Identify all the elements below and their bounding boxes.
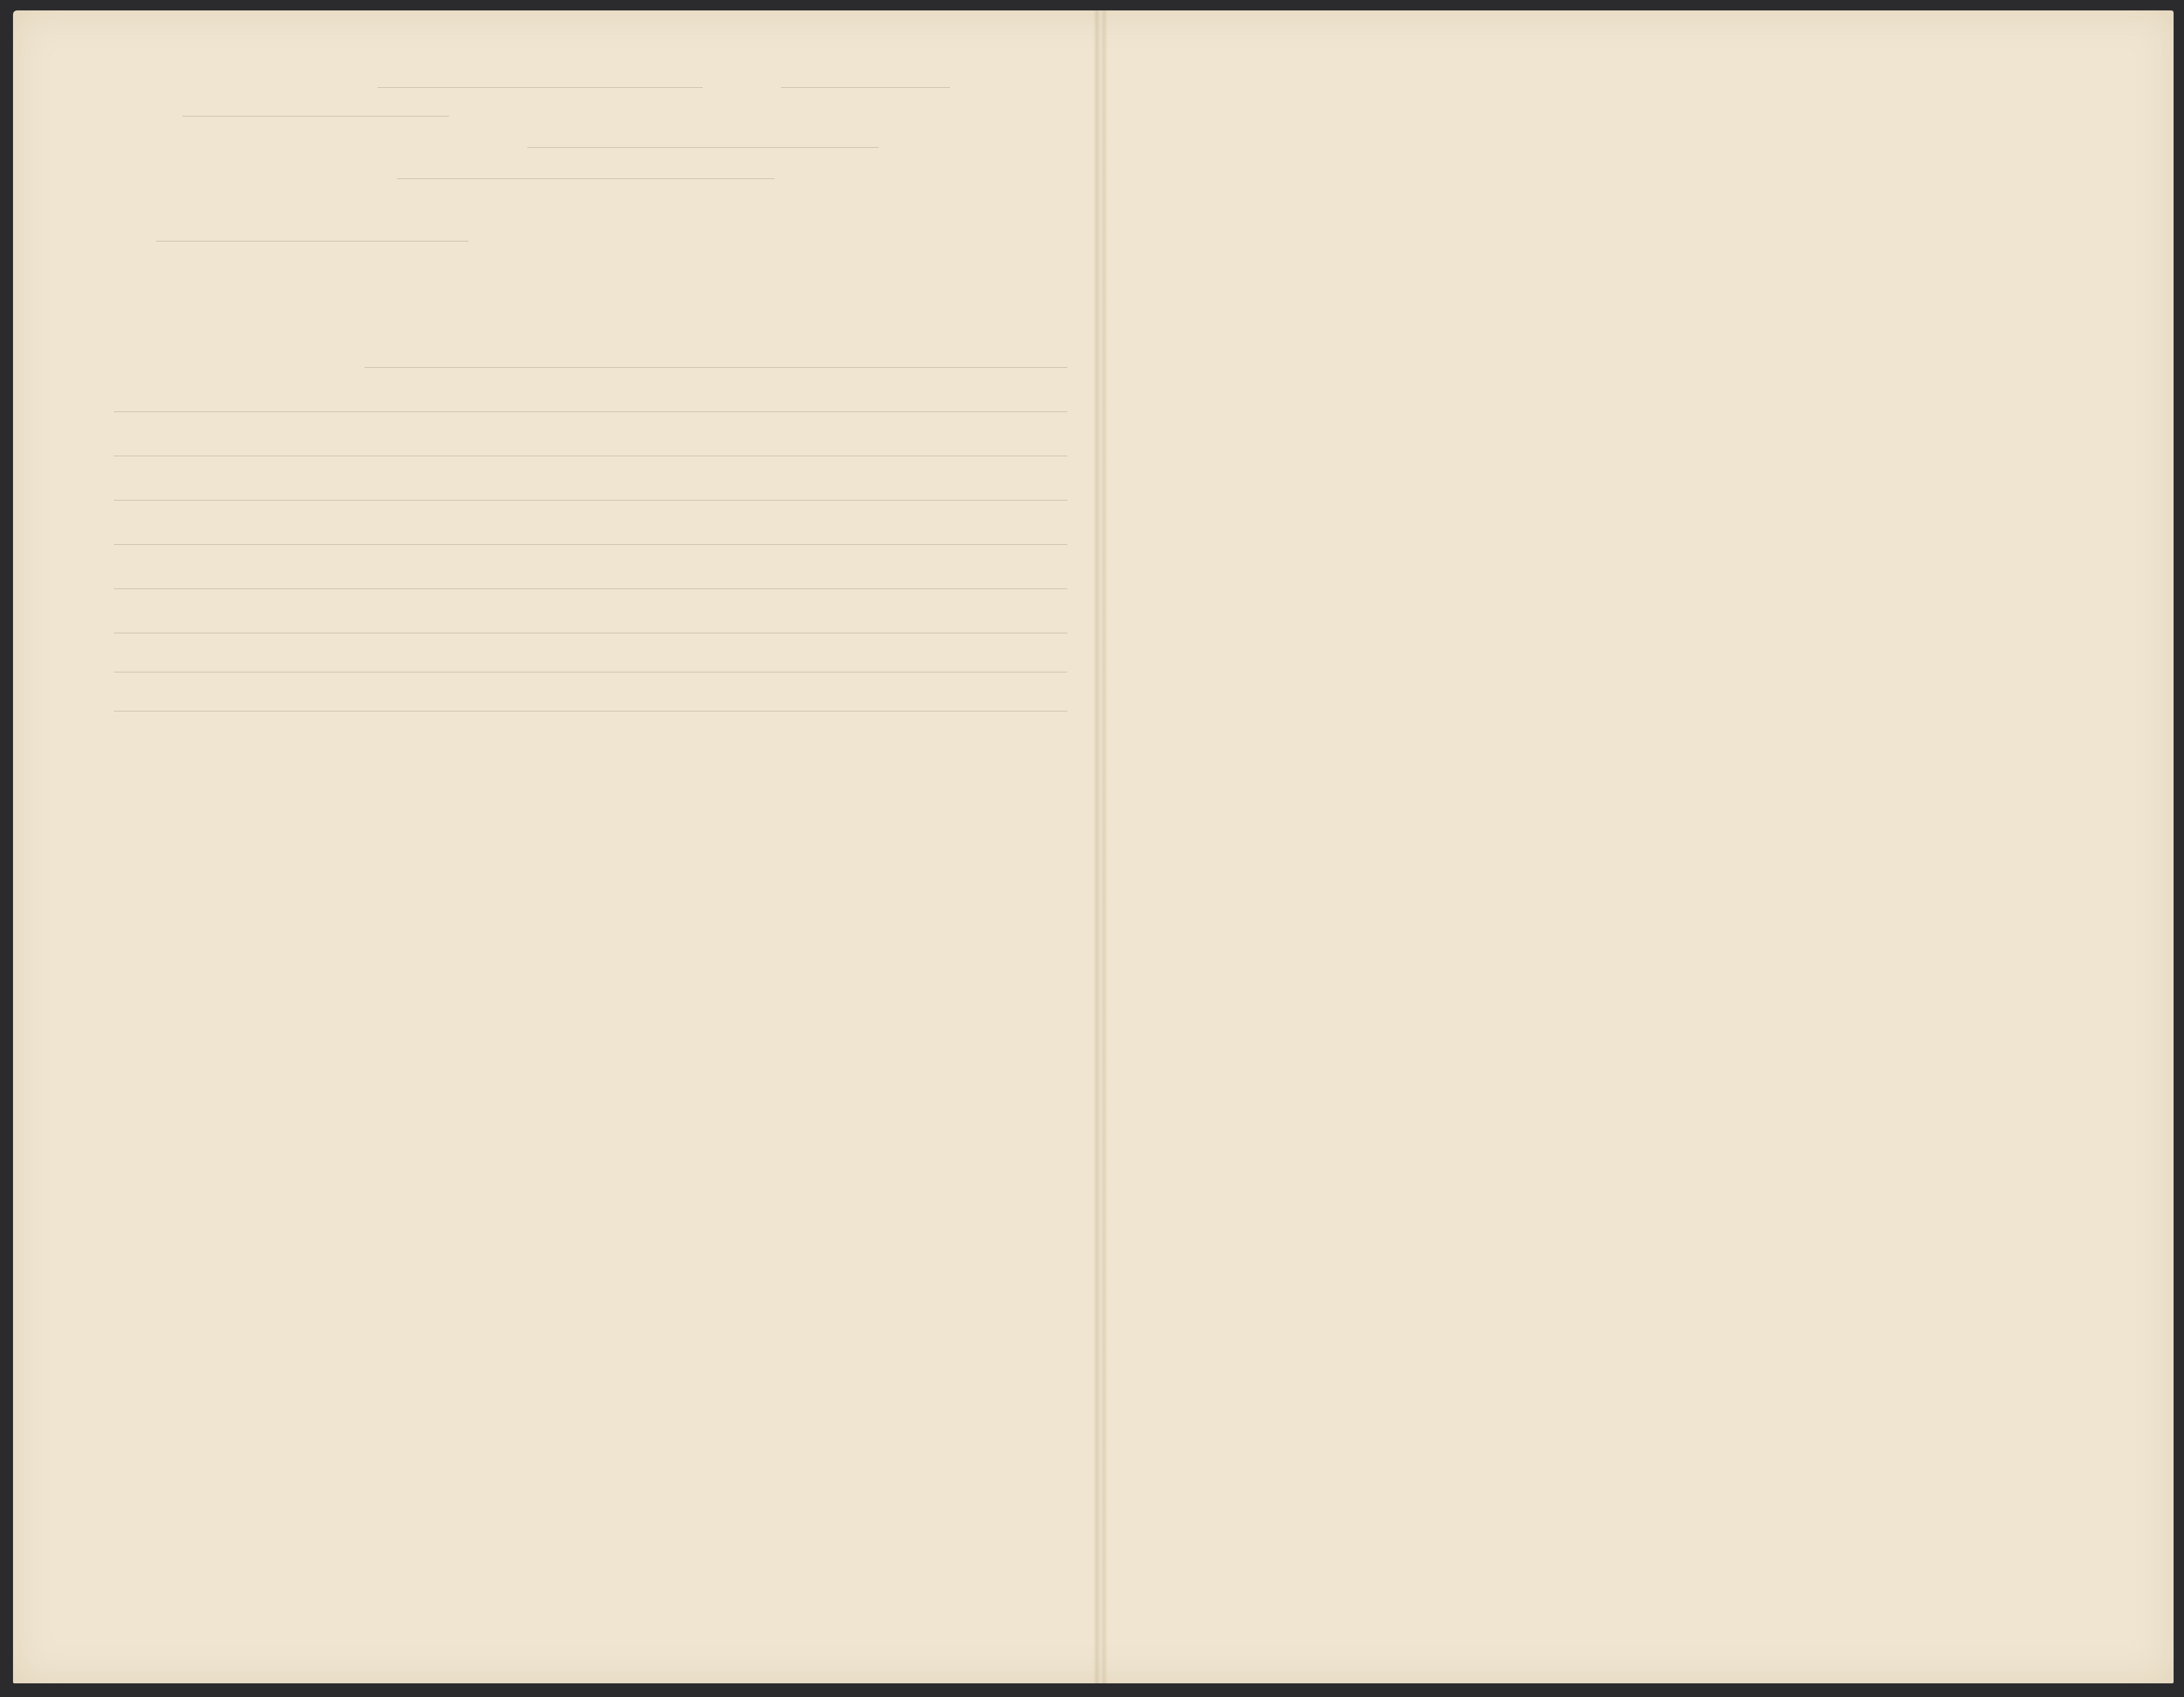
- agreement-page: [13, 10, 1093, 1683]
- center-fold: [1093, 10, 1108, 1683]
